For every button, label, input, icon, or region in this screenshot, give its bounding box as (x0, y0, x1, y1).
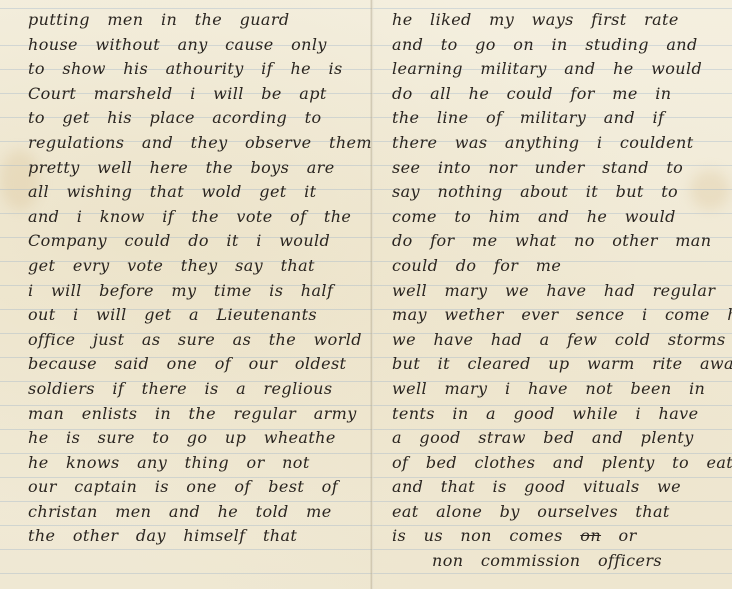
handwritten-line: house without any cause only (28, 33, 363, 58)
handwritten-line: office just as sure as the world (28, 328, 363, 353)
handwritten-line: man enlists in the regular army (28, 402, 363, 427)
handwritten-line: could do for me (392, 254, 727, 279)
handwritten-line: we have had a few cold storms (392, 328, 727, 353)
handwritten-line: get evry vote they say that (28, 254, 363, 279)
handwritten-line: well mary we have had regular (392, 279, 727, 304)
handwritten-line: non commission officers (392, 549, 727, 574)
handwritten-line: regulations and they observe them (28, 131, 363, 156)
handwritten-line: there was anything i couldent (392, 131, 727, 156)
center-fold (370, 0, 374, 589)
handwritten-line: eat alone by ourselves that (392, 500, 727, 525)
handwritten-line: i will before my time is half (28, 279, 363, 304)
handwritten-line: soldiers if there is a reglious (28, 377, 363, 402)
handwritten-line: putting men in the guard (28, 8, 363, 33)
handwritten-line: of bed clothes and plenty to eat (392, 451, 727, 476)
handwritten-line: but it cleared up warm rite away (392, 352, 727, 377)
handwritten-text: or (619, 526, 637, 545)
handwritten-line: and to go on in studing and (392, 33, 727, 58)
handwritten-line: the line of military and if (392, 106, 727, 131)
handwritten-line: he is sure to go up wheathe (28, 426, 363, 451)
handwritten-line: to get his place acording to (28, 106, 363, 131)
handwritten-line: he knows any thing or not (28, 451, 363, 476)
handwritten-line: is us non comes on or (392, 524, 727, 549)
handwritten-line: the other day himself that (28, 524, 363, 549)
left-page: putting men in the guard house without a… (28, 8, 363, 549)
handwritten-line: tents in a good while i have (392, 402, 727, 427)
handwritten-line: Company could do it i would (28, 229, 363, 254)
handwritten-line: Court marsheld i will be apt (28, 82, 363, 107)
handwritten-line: to show his athourity if he is (28, 57, 363, 82)
handwritten-line: out i will get a Lieutenants (28, 303, 363, 328)
letter-sheet: putting men in the guard house without a… (0, 0, 732, 589)
handwritten-line: christan men and he told me (28, 500, 363, 525)
handwritten-line: well mary i have not been in (392, 377, 727, 402)
handwritten-line: come to him and he would (392, 205, 727, 230)
handwritten-line: our captain is one of best of (28, 475, 363, 500)
handwritten-line: because said one of our oldest (28, 352, 363, 377)
handwritten-line: do for me what no other man (392, 229, 727, 254)
handwritten-line: do all he could for me in (392, 82, 727, 107)
handwritten-line: all wishing that wold get it (28, 180, 363, 205)
handwritten-line: see into nor under stand to (392, 156, 727, 181)
handwritten-line: learning military and he would (392, 57, 727, 82)
right-page: he liked my ways first rate and to go on… (392, 8, 727, 574)
handwritten-line: a good straw bed and plenty (392, 426, 727, 451)
handwritten-line: and that is good vituals we (392, 475, 727, 500)
handwritten-text: is us non comes (392, 526, 563, 545)
handwritten-line: say nothing about it but to (392, 180, 727, 205)
handwritten-line: and i know if the vote of the (28, 205, 363, 230)
handwritten-line: pretty well here the boys are (28, 156, 363, 181)
handwritten-line: he liked my ways first rate (392, 8, 727, 33)
struck-out-text: on (580, 526, 601, 545)
handwritten-line: may wether ever sence i come here (392, 303, 727, 328)
